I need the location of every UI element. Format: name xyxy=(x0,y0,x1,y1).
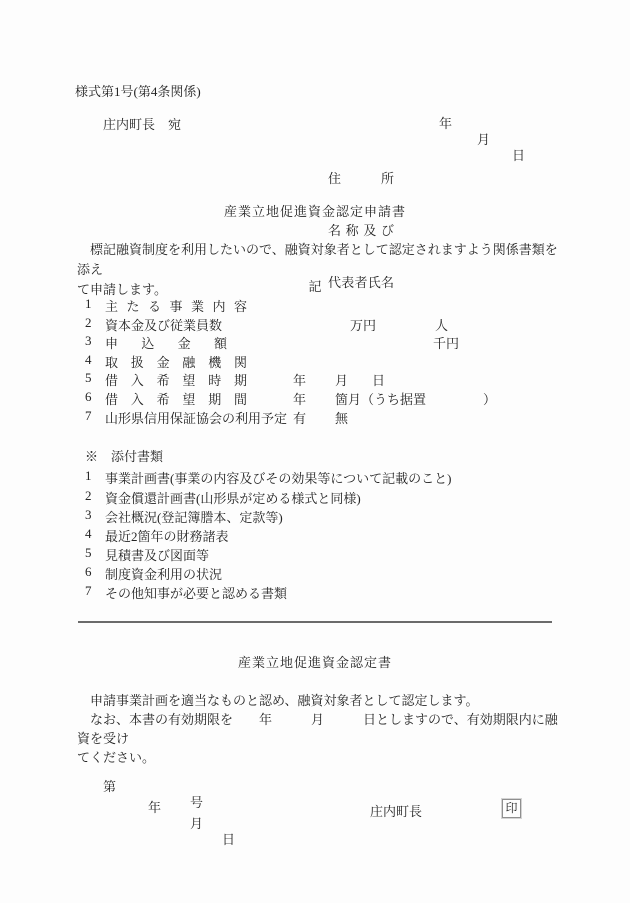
item-number: 5 xyxy=(85,545,92,561)
item-label: 見積書及び図面等 xyxy=(105,545,209,564)
item-label: 最近2箇年の財務諸表 xyxy=(105,526,229,545)
application-item-row: 2 資本金及び従業員数 万円 人 xyxy=(0,315,630,334)
item-number: 1 xyxy=(85,468,92,484)
application-title: 産業立地促進資金認定申請書 xyxy=(0,204,630,220)
item-number: 7 xyxy=(85,583,92,599)
document-page: 様式第1号(第4条関係) 年 月 日 庄内町長 宛 住所 名称及び 代表者氏名 … xyxy=(0,0,630,903)
addressee: 庄内町長 宛 xyxy=(103,117,181,133)
no-label: 無 xyxy=(335,408,348,427)
item-label: 山形県信用保証協会の利用予定 xyxy=(105,408,287,427)
month-label: 月 xyxy=(335,370,348,389)
item-label: 主たる事業内容 xyxy=(105,296,247,315)
attachments-heading: ※ 添付書類 xyxy=(85,449,163,465)
header-date-day-label: 日 xyxy=(512,148,525,164)
applicant-name-label: 名称及び xyxy=(328,222,394,239)
list-heading-ki: 記 xyxy=(0,279,630,295)
item-label: 借入希望時期 xyxy=(105,370,247,389)
mayor-signature-label: 庄内町長 xyxy=(370,804,422,820)
seal-mark: 印 xyxy=(505,801,517,815)
yes-label: 有 xyxy=(293,408,306,427)
item-number: 5 xyxy=(85,370,92,386)
header-date-year-label: 年 xyxy=(439,116,452,132)
item-number: 6 xyxy=(85,389,92,405)
item-label: その他知事が必要と認める書類 xyxy=(105,583,287,602)
unit-man-yen-label: 万円 xyxy=(350,315,376,334)
item-number: 7 xyxy=(85,408,92,424)
certificate-date-line: 年 月 日 xyxy=(0,784,630,802)
months-grace-label: 箇月（うち据置 xyxy=(335,389,426,408)
application-item-row: 4 取扱金融機関 xyxy=(0,352,630,371)
header-date-line: 年 月 日 xyxy=(0,100,630,118)
item-number: 3 xyxy=(85,333,92,349)
application-item-row: 5 借入希望時期 年 月 日 xyxy=(0,370,630,389)
attachment-item-row: 7 その他知事が必要と認める書類 xyxy=(0,583,630,602)
item-number: 2 xyxy=(85,315,92,331)
item-number: 3 xyxy=(85,507,92,523)
attachment-item-row: 2 資金償還計画書(山形県が定める様式と同様) xyxy=(0,488,630,507)
certificate-date-day-label: 日 xyxy=(222,832,235,848)
item-number: 6 xyxy=(85,564,92,580)
item-label: 申込金額 xyxy=(105,333,227,352)
certificate-date-year-label: 年 xyxy=(148,800,161,816)
item-label: 制度資金利用の状況 xyxy=(105,564,222,583)
item-label: 会社概況(登記簿謄本、定款等) xyxy=(105,507,283,526)
year-label: 年 xyxy=(293,370,306,389)
attachment-item-row: 3 会社概況(登記簿謄本、定款等) xyxy=(0,507,630,526)
application-item-row: 1 主たる事業内容 xyxy=(0,296,630,315)
item-label: 取扱金融機関 xyxy=(105,352,247,371)
certificate-body-text: 申請事業計画を適当なものと認め、融資対象者として認定します。 なお、本書の有効期… xyxy=(77,691,559,767)
certificate-date-month-label: 月 xyxy=(190,816,203,832)
application-item-row: 6 借入希望期間 年 箇月（うち据置 ） xyxy=(0,389,630,408)
item-number: 4 xyxy=(85,526,92,542)
attachment-item-row: 5 見積書及び図面等 xyxy=(0,545,630,564)
attachment-item-row: 6 制度資金利用の状況 xyxy=(0,564,630,583)
header-date-month-label: 月 xyxy=(477,132,490,148)
certificate-title: 産業立地促進資金認定書 xyxy=(0,655,630,671)
item-label: 借入希望期間 xyxy=(105,389,247,408)
item-label: 事業計画書(事業の内容及びその効果等について記載のこと) xyxy=(105,468,451,487)
item-number: 2 xyxy=(85,488,92,504)
application-item-row: 3 申込金額 千円 xyxy=(0,333,630,352)
unit-sen-yen-label: 千円 xyxy=(433,333,459,352)
year-label: 年 xyxy=(293,389,306,408)
attachment-item-row: 4 最近2箇年の財務諸表 xyxy=(0,526,630,545)
certificate-number-line: 第 号 xyxy=(0,763,630,781)
item-label: 資金償還計画書(山形県が定める様式と同様) xyxy=(105,488,361,507)
attachment-item-row: 1 事業計画書(事業の内容及びその効果等について記載のこと) xyxy=(0,468,630,487)
section-divider xyxy=(78,621,552,623)
application-item-row: 7 山形県信用保証協会の利用予定 有 無 xyxy=(0,408,630,427)
item-number: 4 xyxy=(85,352,92,368)
item-number: 1 xyxy=(85,296,92,312)
unit-person-label: 人 xyxy=(435,315,448,334)
closing-paren-label: ） xyxy=(483,389,496,408)
seal-box: 印 xyxy=(502,799,521,818)
form-number: 様式第1号(第4条関係) xyxy=(75,84,201,100)
day-label: 日 xyxy=(372,370,385,389)
applicant-address-label: 住所 xyxy=(328,170,394,187)
item-label: 資本金及び従業員数 xyxy=(105,315,222,334)
